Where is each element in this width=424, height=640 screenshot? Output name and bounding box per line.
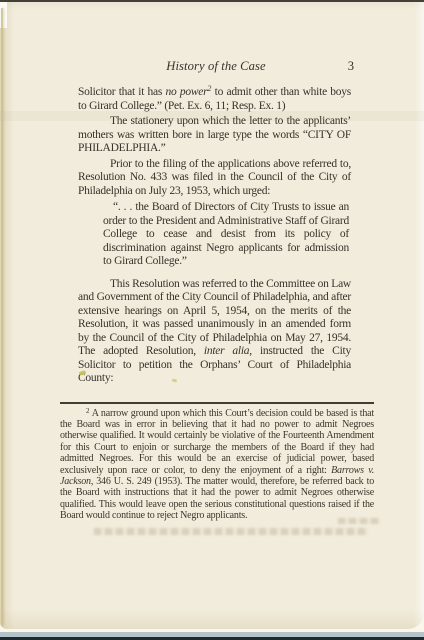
- page-title: History of the Case: [78, 59, 354, 74]
- paragraph-solicitor: Solicitor that it has no power2 to admit…: [78, 86, 351, 113]
- body-text: Solicitor that it has no power2 to admit…: [78, 86, 351, 388]
- paragraph-stationery: The stationery upon which the letter to …: [78, 115, 351, 156]
- footnote-separator-rule: [60, 402, 374, 404]
- footnote-block: 2 A narrow ground upon which this Court’…: [60, 402, 374, 522]
- running-head: History of the Case 3: [78, 59, 354, 75]
- scan-background: History of the Case 3 Solicitor that it …: [0, 0, 424, 640]
- scan-top-edge: [0, 0, 424, 2]
- ink-bleed-through: [94, 528, 368, 535]
- page-number: 3: [348, 59, 354, 74]
- paragraph-resolution-433: Prior to the filing of the applications …: [78, 158, 351, 199]
- page-left-edge: [1, 8, 3, 626]
- text-run: A narrow ground upon which this Court’s …: [60, 408, 374, 476]
- pencil-mark: [172, 379, 177, 383]
- paragraph-adopted-resolution: This Resolution was referred to the Comm…: [78, 278, 351, 386]
- text-run-italic: no power: [165, 86, 207, 98]
- text-run-italic: inter alia: [204, 345, 249, 357]
- resolution-quote: “. . . the Board of Directors of City Tr…: [103, 201, 349, 269]
- text-run: , 346 U. S. 249 (1953). The matter would…: [60, 476, 374, 521]
- document-page: History of the Case 3 Solicitor that it …: [0, 0, 424, 629]
- footnote-text: 2 A narrow ground upon which this Court’…: [60, 408, 374, 522]
- text-run: Solicitor that it has: [78, 86, 165, 98]
